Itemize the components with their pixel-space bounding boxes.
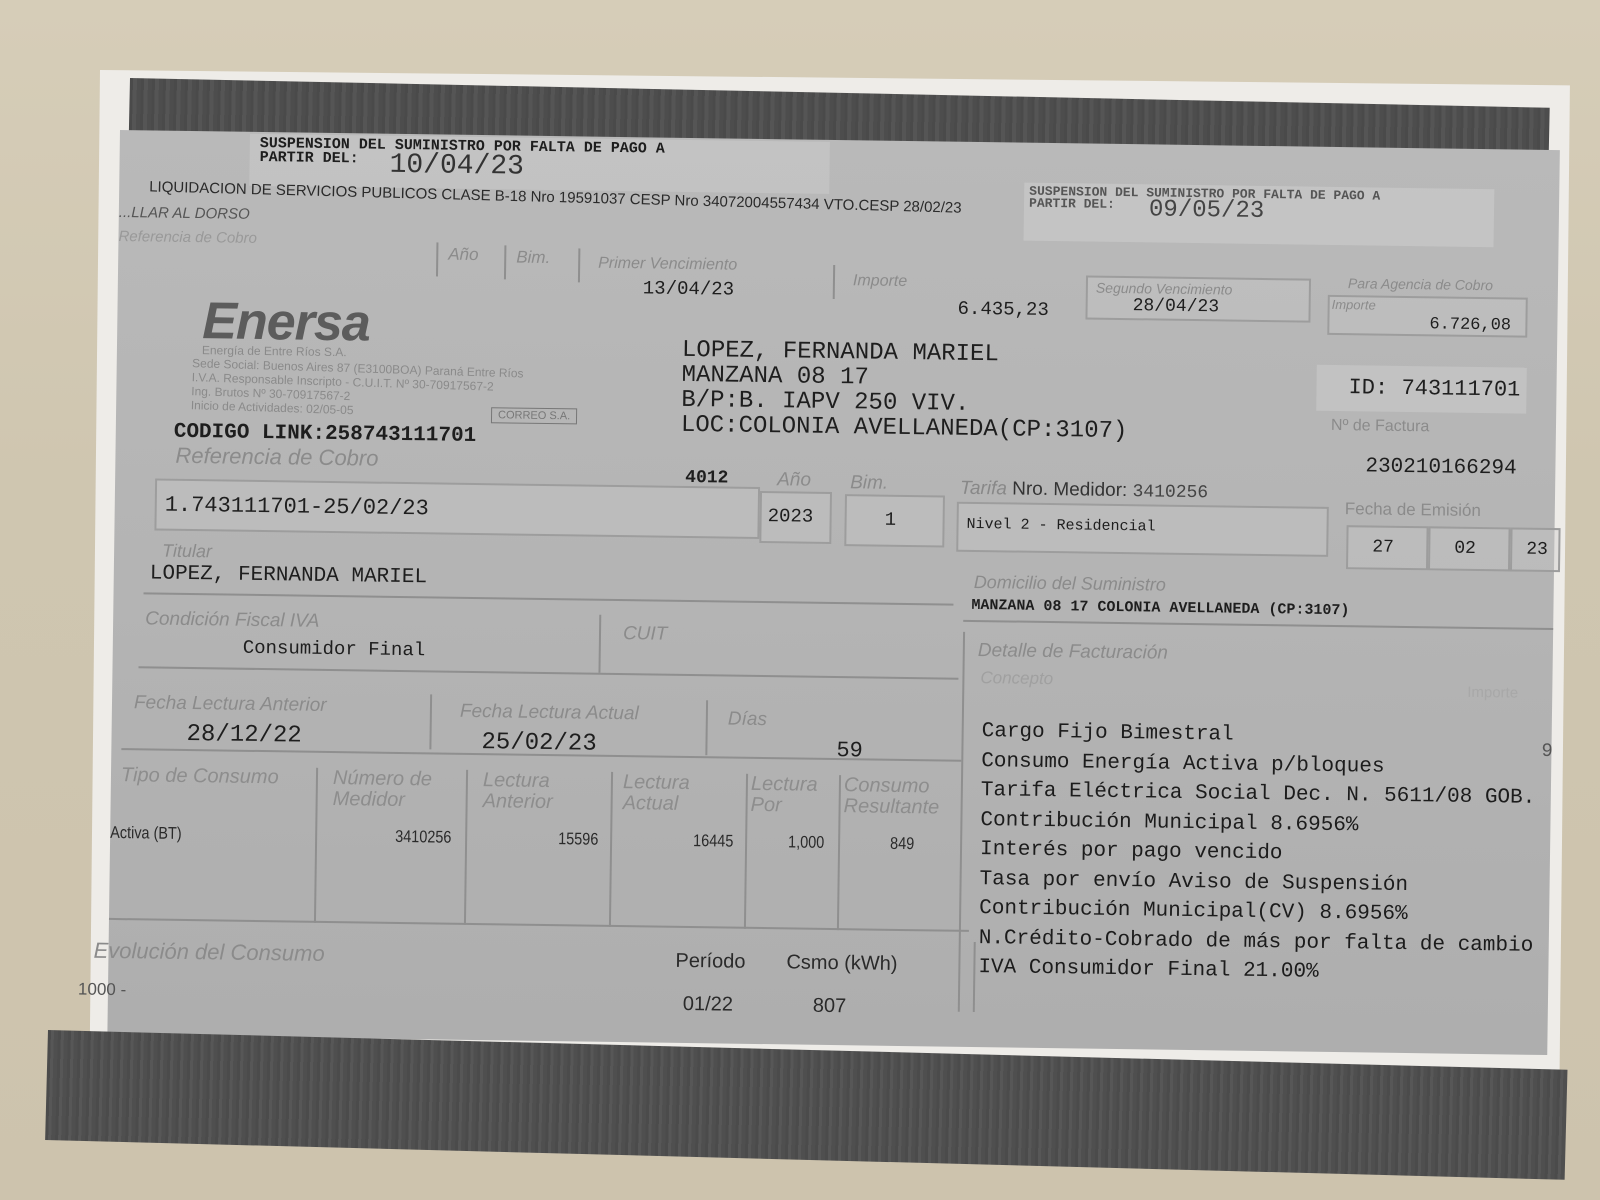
evolution-kwh: 807	[813, 995, 847, 1018]
kwh-label: Csmo (kWh)	[786, 951, 897, 976]
divider	[109, 918, 969, 932]
col-header: Lectura Anterior	[483, 770, 594, 814]
divider	[464, 770, 468, 925]
invoice-number: 230210166294	[1365, 455, 1517, 480]
divider	[609, 772, 613, 927]
agency-amount: 6.726,08	[1429, 315, 1511, 335]
suspension-date-1: 10/04/23	[389, 150, 524, 183]
cuit-label: CUIT	[623, 623, 668, 646]
billing-detail-list: Cargo Fijo Bimestral Consumo Energía Act…	[978, 717, 1536, 990]
company-legal: Sede Social: Buenos Aires 87 (E3100BOA) …	[191, 356, 524, 422]
amount-value: 6.435,23	[957, 298, 1049, 321]
suspension-notice-1-line2: PARTIR DEL:	[260, 150, 359, 166]
issue-day: 27	[1372, 538, 1394, 558]
tariff-level: Nivel 2 - Residencial	[966, 516, 1155, 536]
second-due-box: Segundo Vencimiento 28/04/23	[1085, 276, 1311, 323]
prev-reading-date: 28/12/22	[186, 721, 302, 750]
days-label: Días	[728, 709, 767, 732]
tariff-header: Tarifa Nro. Medidor: 3410256	[960, 478, 1208, 503]
divider	[744, 774, 748, 929]
col-header: Consumo Resultante	[843, 775, 964, 819]
billing-year-label: Año	[777, 469, 811, 491]
holder-name: LOPEZ, FERNANDA MARIEL	[150, 562, 428, 589]
agency-amount-label: Importe	[1332, 297, 1376, 313]
agency-label: Para Agencia de Cobro	[1348, 275, 1493, 293]
first-due-date: 13/04/23	[643, 277, 735, 300]
supply-address-label: Domicilio del Suministro	[974, 572, 1166, 596]
consumption-table: Tipo de Consumo Número de Medidor Lectur…	[109, 765, 976, 932]
divider	[973, 942, 976, 1012]
billing-bim-label: Bim.	[850, 472, 888, 495]
second-due-label: Segundo Vencimiento	[1096, 280, 1233, 298]
issue-month-box: 02	[1428, 526, 1511, 571]
tariff-label: Tarifa	[960, 478, 1007, 500]
billing-ref-box: 1.743111701-25/02/23	[154, 479, 760, 539]
id-box: ID: 743111701	[1316, 365, 1527, 414]
second-due-date: 28/04/23	[1132, 296, 1219, 317]
stub-year-label: Año	[448, 245, 479, 265]
divider	[429, 694, 432, 749]
col-header: Número de Medidor	[333, 768, 464, 812]
divider	[436, 242, 438, 276]
recipient-block: LOPEZ, FERNANDA MARIEL MANZANA 08 17 B/P…	[681, 338, 1129, 444]
col-header: Tipo de Consumo	[121, 765, 279, 788]
divider	[837, 775, 841, 930]
billing-bim: 1	[884, 509, 896, 531]
divider	[963, 620, 1553, 630]
billing-year-box: 2023	[759, 491, 832, 544]
divider	[598, 615, 601, 673]
supply-address: MANZANA 08 17 COLONIA AVELLANEDA (CP:310…	[971, 597, 1349, 619]
curr-reading-date-label: Fecha Lectura Actual	[460, 701, 639, 725]
divider	[504, 245, 506, 279]
cell-lectura-por: 1,000	[788, 832, 824, 853]
holder-label: Titular	[162, 541, 212, 563]
billing-year: 2023	[768, 505, 814, 528]
col-header-text: Número de Medidor	[333, 767, 433, 811]
fiscal-label: Condición Fiscal IVA	[145, 608, 320, 632]
divider	[578, 248, 580, 282]
divider	[833, 265, 835, 299]
bill-body: SUSPENSION DEL SUMINISTRO POR FALTA DE P…	[107, 130, 1559, 1055]
divider	[314, 768, 318, 923]
issue-date-label: Fecha de Emisión	[1345, 499, 1481, 521]
partial-amount: 9	[1541, 740, 1553, 762]
cell-lectura-actual: 16445	[693, 831, 733, 852]
fiscal-value: Consumidor Final	[243, 637, 426, 662]
postal-stamp: CORREO S.A.	[491, 407, 577, 424]
suspension-date-2: 09/05/23	[1149, 196, 1265, 225]
suspension-notice-2-line2: PARTIR DEL:	[1029, 197, 1115, 211]
evolution-title: Evolución del Consumo	[93, 938, 324, 967]
col-header-text: Lectura Actual	[622, 771, 689, 815]
billing-detail-title: Detalle de Facturación	[978, 640, 1168, 665]
col-header-text: Lectura Por	[750, 773, 817, 816]
period-label: Período	[675, 950, 745, 974]
billing-bim-box: 1	[844, 494, 945, 547]
col-header-text: Consumo Resultante	[843, 774, 939, 818]
col-header-text: Lectura Anterior	[483, 769, 553, 813]
meter-number: 3410256	[1132, 482, 1208, 503]
issue-year-box: 23	[1510, 527, 1561, 572]
importe-label: Importe	[1467, 684, 1518, 702]
detach-note: ...LLAR AL DORSO	[119, 204, 250, 223]
issue-day-box: 27	[1346, 525, 1429, 570]
amount-label: Importe	[853, 272, 907, 291]
agency-box: Importe 6.726,08	[1327, 295, 1528, 338]
issue-month: 02	[1454, 539, 1476, 559]
concept-label: Concepto	[980, 668, 1053, 689]
divider	[144, 592, 954, 605]
first-due-label: Primer Vencimiento	[598, 255, 737, 275]
invoice-label: Nº de Factura	[1331, 417, 1430, 436]
col-header: Lectura Actual	[622, 772, 723, 815]
tariff-level-box: Nivel 2 - Residencial	[956, 502, 1329, 557]
issue-year: 23	[1526, 540, 1548, 560]
stub-ref-label: Referencia de Cobro	[118, 228, 257, 247]
col-header: Lectura Por	[750, 774, 821, 817]
divider	[138, 666, 958, 679]
id-value: 743111701	[1401, 376, 1520, 403]
cell-tipo: Activa (BT)	[110, 823, 182, 844]
col-header-text: Tipo de Consumo	[121, 764, 279, 788]
prev-reading-date-label: Fecha Lectura Anterior	[134, 692, 327, 717]
id-label: ID:	[1348, 375, 1388, 401]
cell-lectura-anterior: 15596	[558, 829, 598, 850]
cell-medidor: 3410256	[395, 827, 452, 848]
meter-label: Nro. Medidor:	[1012, 478, 1127, 501]
recipient-address-3: LOC:COLONIA AVELLANEDA(CP:3107)	[681, 413, 1128, 444]
billing-ref-label: Referencia de Cobro	[175, 443, 378, 472]
cell-consumo: 849	[890, 834, 914, 854]
divider	[705, 700, 708, 755]
stub-bim-label: Bim.	[516, 248, 550, 268]
evolution-period: 01/22	[683, 993, 733, 1017]
suspension-notice-2: SUSPENSION DEL SUMINISTRO POR FALTA DE P…	[1024, 183, 1495, 248]
evolution-y-tick: 1000 -	[78, 979, 126, 1000]
billing-ref-value: 1.743111701-25/02/23	[165, 493, 429, 522]
